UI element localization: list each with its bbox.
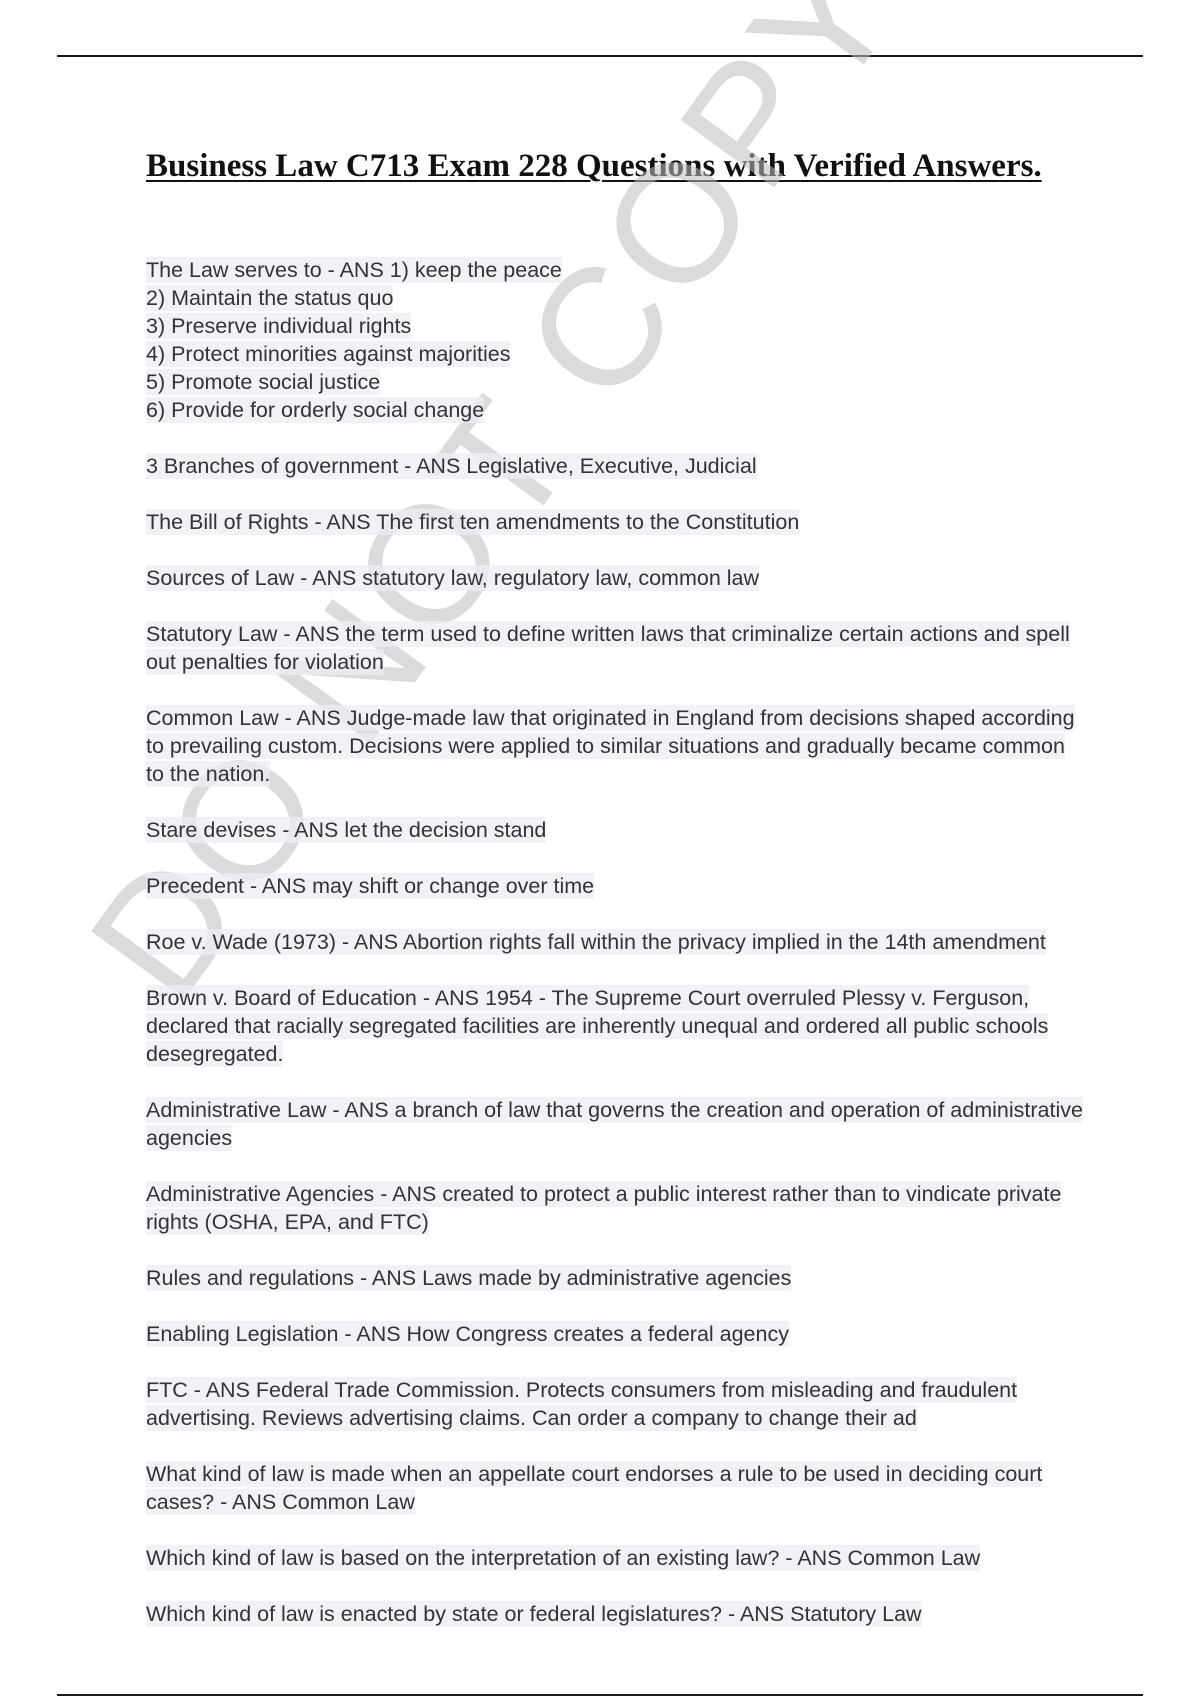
qa-text: Statutory Law - ANS the term used to def… <box>146 621 1070 675</box>
list-item-text: 4) Protect minorities against majorities <box>146 341 510 367</box>
qa-entry: What kind of law is made when an appella… <box>146 1460 1086 1516</box>
footer-rule <box>57 1694 1143 1696</box>
list-item-text: 5) Promote social justice <box>146 369 380 395</box>
qa-text: Sources of Law - ANS statutory law, regu… <box>146 565 759 591</box>
qa-text: Common Law - ANS Judge-made law that ori… <box>146 705 1075 787</box>
list-item: 3) Preserve individual rights <box>146 312 1086 340</box>
qa-text: Roe v. Wade (1973) - ANS Abortion rights… <box>146 929 1046 955</box>
list-item: 6) Provide for orderly social change <box>146 396 1086 424</box>
qa-entry: Which kind of law is enacted by state or… <box>146 1600 1086 1628</box>
list-item-text: 6) Provide for orderly social change <box>146 397 484 423</box>
qa-entry: FTC - ANS Federal Trade Commission. Prot… <box>146 1376 1086 1432</box>
qa-entry: Administrative Agencies - ANS created to… <box>146 1180 1086 1236</box>
qa-entry: Sources of Law - ANS statutory law, regu… <box>146 564 1086 592</box>
qa-entry: 3 Branches of government - ANS Legislati… <box>146 452 1086 480</box>
qa-entry-law-serves: The Law serves to - ANS 1) keep the peac… <box>146 256 1086 424</box>
list-item: 5) Promote social justice <box>146 368 1086 396</box>
qa-entry: Roe v. Wade (1973) - ANS Abortion rights… <box>146 928 1086 956</box>
qa-entry: Statutory Law - ANS the term used to def… <box>146 620 1086 676</box>
list-item: 2) Maintain the status quo <box>146 284 1086 312</box>
qa-text: 3 Branches of government - ANS Legislati… <box>146 453 757 479</box>
list-item: 4) Protect minorities against majorities <box>146 340 1086 368</box>
qa-text: Enabling Legislation - ANS How Congress … <box>146 1321 789 1347</box>
list-item-text: 2) Maintain the status quo <box>146 285 393 311</box>
qa-text: Stare devises - ANS let the decision sta… <box>146 817 546 843</box>
qa-entry: Brown v. Board of Education - ANS 1954 -… <box>146 984 1086 1068</box>
document-body: The Law serves to - ANS 1) keep the peac… <box>146 256 1086 1656</box>
qa-text: What kind of law is made when an appella… <box>146 1461 1042 1515</box>
qa-text: Which kind of law is based on the interp… <box>146 1545 980 1571</box>
qa-text: The Bill of Rights - ANS The first ten a… <box>146 509 799 535</box>
qa-entry: Administrative Law - ANS a branch of law… <box>146 1096 1086 1152</box>
qa-text: Which kind of law is enacted by state or… <box>146 1601 922 1627</box>
qa-entry: The Bill of Rights - ANS The first ten a… <box>146 508 1086 536</box>
qa-text: Precedent - ANS may shift or change over… <box>146 873 594 899</box>
document-page: DO NOT COPY Business Law C713 Exam 228 Q… <box>0 0 1200 1700</box>
list-item-text: 3) Preserve individual rights <box>146 313 411 339</box>
qa-text: Brown v. Board of Education - ANS 1954 -… <box>146 985 1048 1067</box>
qa-entry: Stare devises - ANS let the decision sta… <box>146 816 1086 844</box>
qa-entry: Enabling Legislation - ANS How Congress … <box>146 1320 1086 1348</box>
qa-question-text: The Law serves to - ANS 1) keep the peac… <box>146 257 562 283</box>
qa-entry: Rules and regulations - ANS Laws made by… <box>146 1264 1086 1292</box>
qa-text: Rules and regulations - ANS Laws made by… <box>146 1265 791 1291</box>
qa-text: FTC - ANS Federal Trade Commission. Prot… <box>146 1377 1017 1431</box>
qa-entry: Precedent - ANS may shift or change over… <box>146 872 1086 900</box>
qa-question: The Law serves to - ANS 1) keep the peac… <box>146 256 1086 284</box>
qa-entry: Which kind of law is based on the interp… <box>146 1544 1086 1572</box>
qa-text: Administrative Law - ANS a branch of law… <box>146 1097 1083 1151</box>
qa-entry: Common Law - ANS Judge-made law that ori… <box>146 704 1086 788</box>
header-rule <box>57 55 1143 57</box>
document-title: Business Law C713 Exam 228 Questions wit… <box>146 145 1046 187</box>
qa-text: Administrative Agencies - ANS created to… <box>146 1181 1061 1235</box>
